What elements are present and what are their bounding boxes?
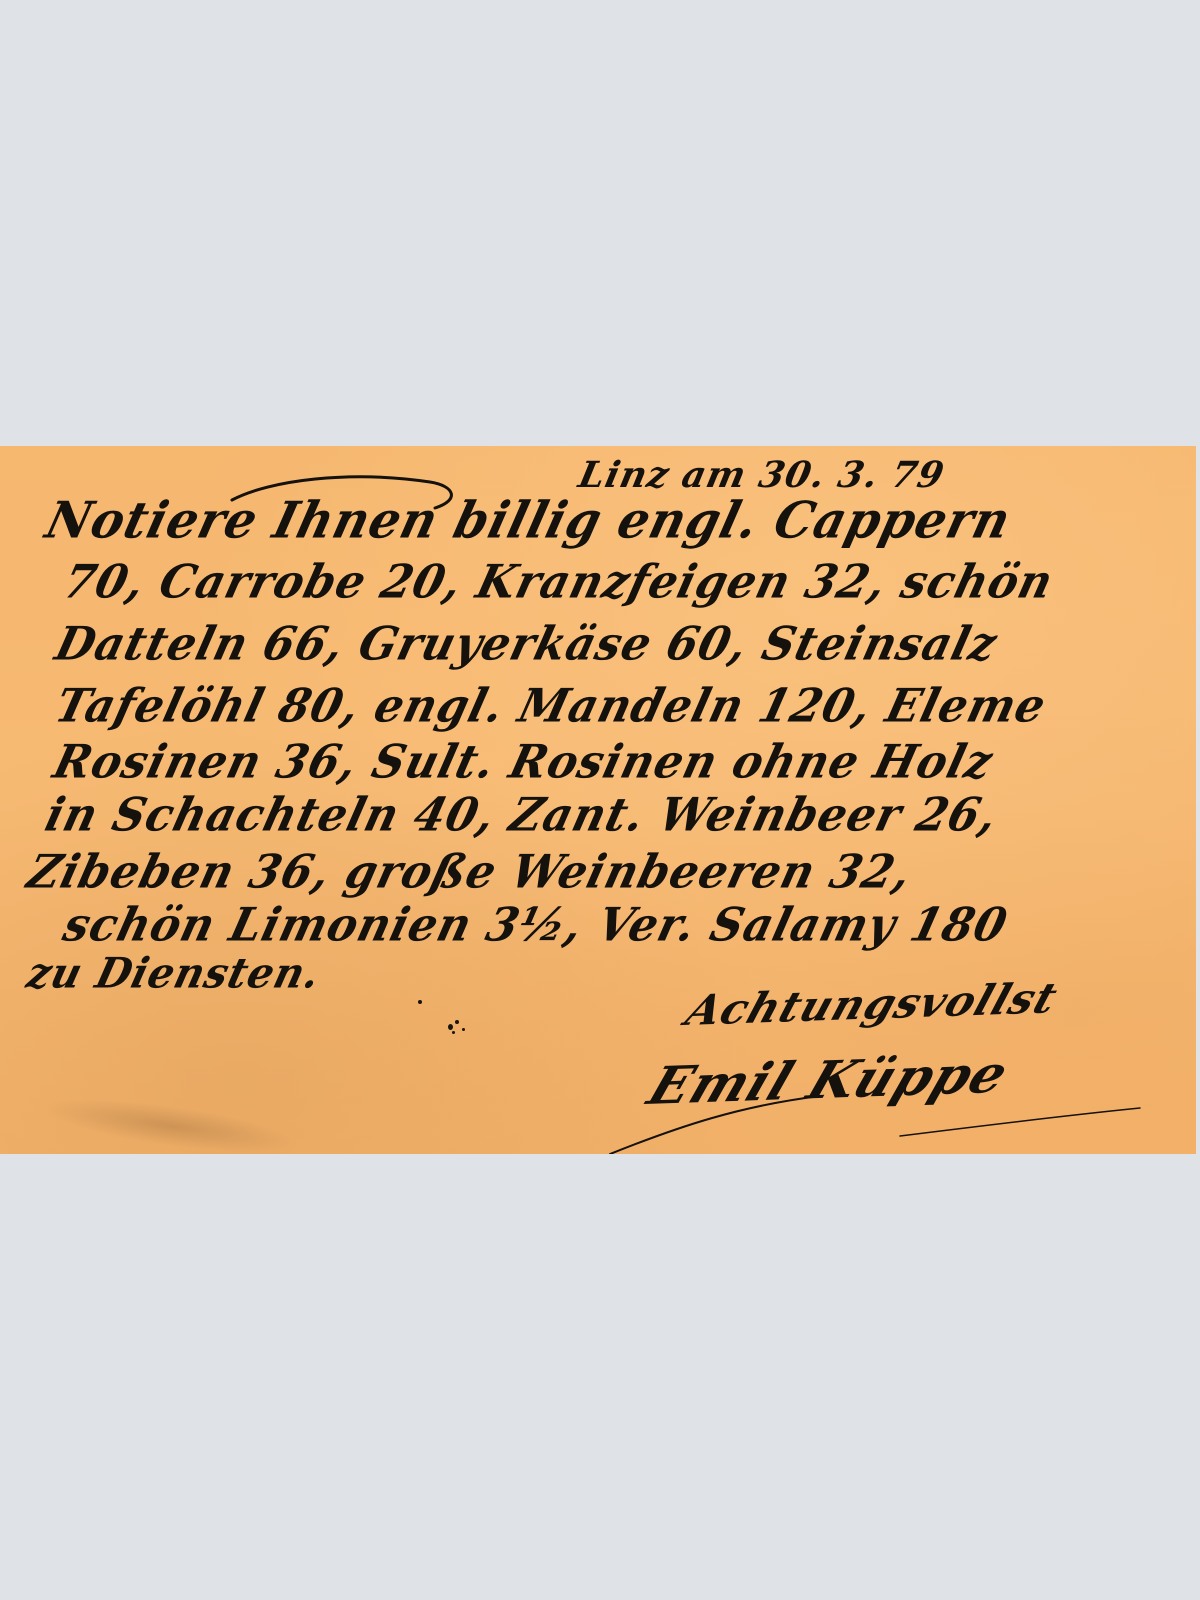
ink-speck (462, 1028, 465, 1031)
body-line-1: Notiere Ihnen billig engl. Cappern (40, 491, 1017, 550)
paper-stain (38, 1088, 301, 1154)
ink-speck (448, 1024, 453, 1030)
closing-salutation: Achtungsvollst (680, 973, 1064, 1035)
body-line-3: Datteln 66, Gruyerkäse 60, Steinsalz (50, 617, 1003, 671)
dateline: Linz am 30. 3. 79 (575, 454, 948, 496)
body-line-8: schön Limonien 3½, Ver. Salamy 180 (58, 898, 1013, 952)
body-line-7: Zibeben 36, große Weinbeeren 32, (22, 845, 917, 899)
signature-underline-stroke (600, 1086, 1160, 1154)
ink-speck (452, 1031, 455, 1034)
body-line-4: Tafelöhl 80, engl. Mandeln 120, Eleme (50, 679, 1052, 733)
page-background: Linz am 30. 3. 79 Notiere Ihnen billig e… (0, 0, 1200, 1600)
ink-speck (455, 1020, 459, 1024)
body-line-5: Rosinen 36, Sult. Rosinen ohne Holz (48, 735, 998, 789)
body-line-9: zu Diensten. (22, 949, 326, 998)
body-line-6: in Schachteln 40, Zant. Weinbeer 26, (40, 788, 1003, 842)
body-line-2: 70, Carrobe 20, Kranzfeigen 32, schön (58, 555, 1059, 609)
ink-speck (418, 1000, 422, 1004)
postcard: Linz am 30. 3. 79 Notiere Ihnen billig e… (0, 446, 1196, 1154)
